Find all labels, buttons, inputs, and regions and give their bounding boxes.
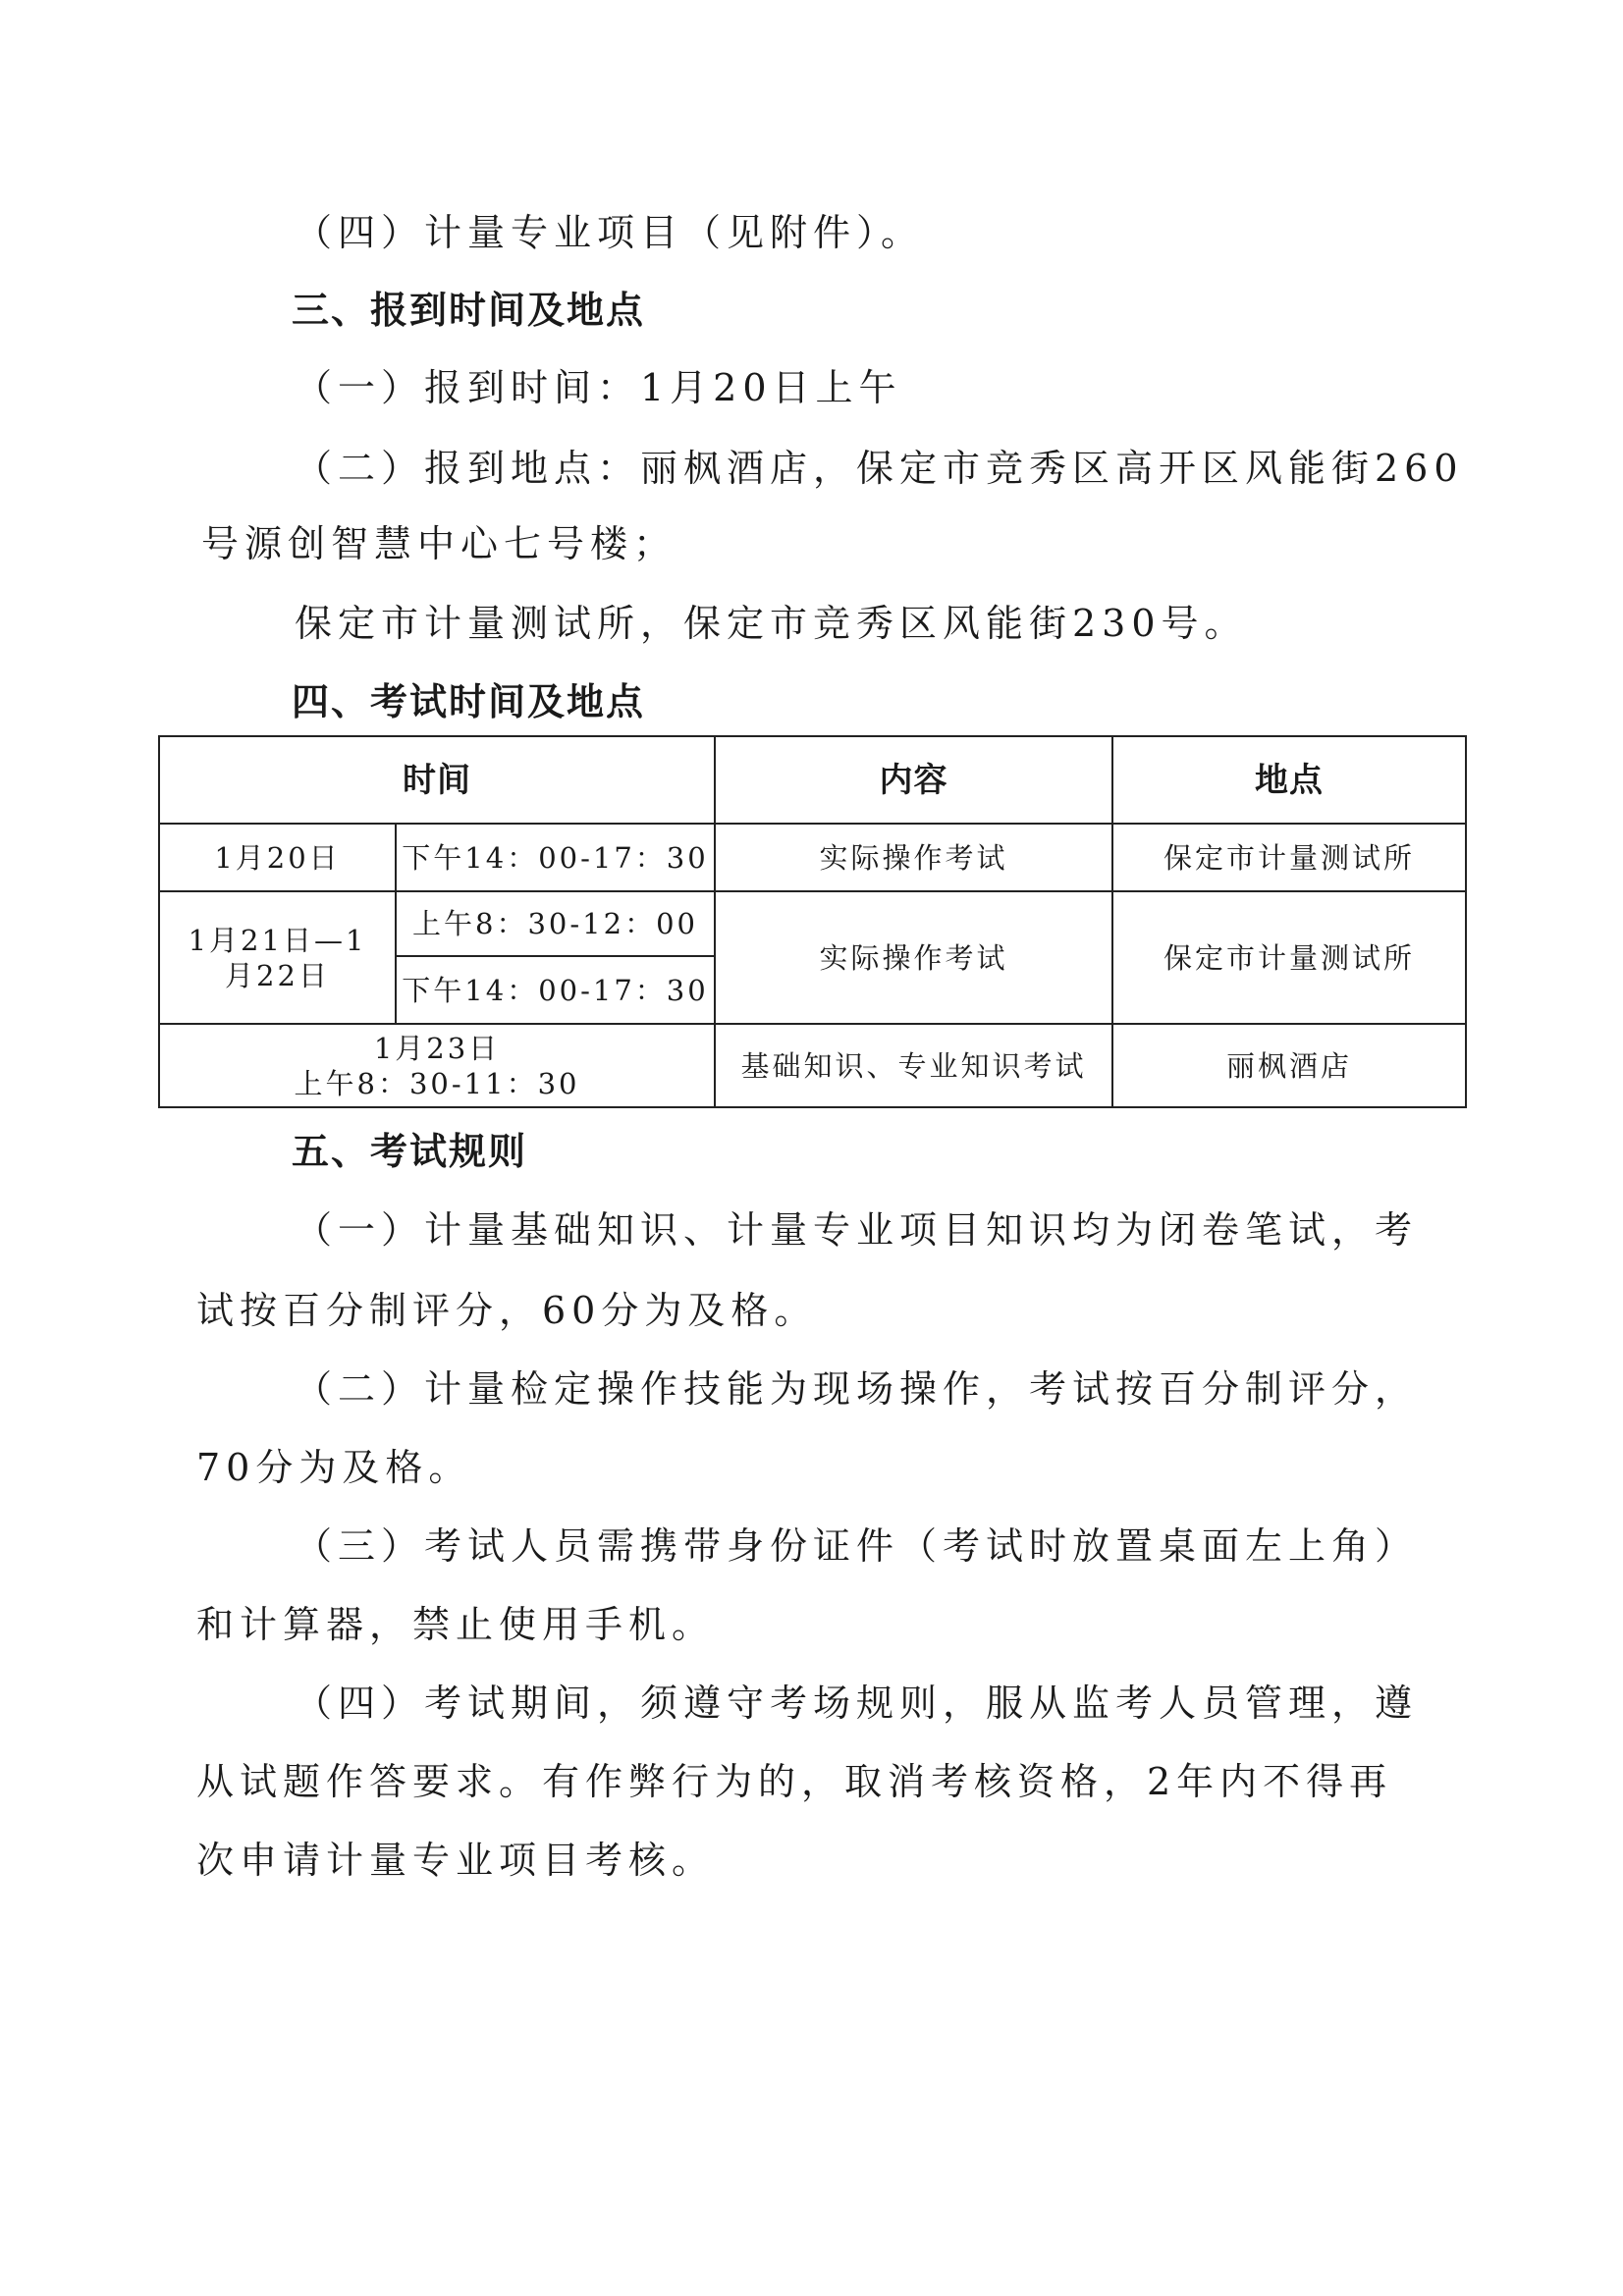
date-cell: 1月20日 — [159, 824, 396, 891]
table-row: 1月20日 下午14：00-17：30 实际操作考试 保定市计量测试所 — [159, 824, 1466, 891]
rule-4-line-1: （四）考试期间，须遵守考场规则，服从监考人员管理，遵 — [295, 1682, 1418, 1725]
date-cell: 1月21日—1 月22日 — [159, 891, 396, 1024]
location-cell: 保定市计量测试所 — [1112, 891, 1466, 1024]
date-session-cell: 1月23日 上午8：30-11：30 — [159, 1024, 715, 1107]
section-heading-exam-schedule: 四、考试时间及地点 — [292, 680, 645, 723]
section-heading-exam-rules: 五、考试规则 — [292, 1130, 527, 1173]
section-heading-registration: 三、报到时间及地点 — [292, 289, 645, 332]
session-cell: 上午8：30-12：00 — [396, 891, 715, 956]
content-cell: 实际操作考试 — [715, 891, 1112, 1024]
table-header-row: 时间 内容 地点 — [159, 736, 1466, 824]
exam-schedule-table: 时间 内容 地点 1月20日 下午14：00-17：30 实际操作考试 保定市计… — [158, 735, 1467, 1108]
session-cell: 下午14：00-17：30 — [396, 824, 715, 891]
date-line-2: 月22日 — [160, 958, 395, 993]
registration-time-line: （一）报到时间：1月20日上午 — [295, 366, 902, 409]
rule-1-line-2: 试按百分制评分，60分为及格。 — [196, 1289, 817, 1332]
registration-location-line-3: 保定市计量测试所，保定市竞秀区风能街230号。 — [295, 602, 1248, 645]
content-cell: 基础知识、专业知识考试 — [715, 1024, 1112, 1107]
date-line-1: 1月23日 — [160, 1031, 714, 1066]
rule-2-line-1: （二）计量检定操作技能为现场操作，考试按百分制评分， — [295, 1367, 1418, 1411]
date-line-1: 1月21日—1 — [160, 923, 395, 958]
date-line-2: 上午8：30-11：30 — [160, 1066, 714, 1101]
location-cell: 保定市计量测试所 — [1112, 824, 1466, 891]
header-location: 地点 — [1112, 736, 1466, 824]
rule-1-line-1: （一）计量基础知识、计量专业项目知识均为闭卷笔试，考 — [295, 1208, 1418, 1252]
rule-3-line-2: 和计算器，禁止使用手机。 — [196, 1603, 715, 1646]
registration-location-line-2: 号源创智慧中心七号楼； — [201, 522, 676, 565]
registration-location-line-1: （二）报到地点：丽枫酒店，保定市竞秀区高开区风能街260 — [295, 447, 1464, 490]
table-row: 1月23日 上午8：30-11：30 基础知识、专业知识考试 丽枫酒店 — [159, 1024, 1466, 1107]
rule-2-line-2: 70分为及格。 — [196, 1446, 471, 1489]
rule-4-line-2: 从试题作答要求。有作弊行为的，取消考核资格，2年内不得再 — [196, 1760, 1392, 1803]
header-content: 内容 — [715, 736, 1112, 824]
content-cell: 实际操作考试 — [715, 824, 1112, 891]
table-row: 1月21日—1 月22日 上午8：30-12：00 实际操作考试 保定市计量测试… — [159, 891, 1466, 956]
header-time: 时间 — [159, 736, 715, 824]
attachment-item-line: （四）计量专业项目（见附件）。 — [295, 211, 924, 254]
rule-4-line-3: 次申请计量专业项目考核。 — [196, 1839, 715, 1882]
rule-3-line-1: （三）考试人员需携带身份证件（考试时放置桌面左上角） — [295, 1524, 1418, 1568]
session-cell: 下午14：00-17：30 — [396, 956, 715, 1024]
location-cell: 丽枫酒店 — [1112, 1024, 1466, 1107]
